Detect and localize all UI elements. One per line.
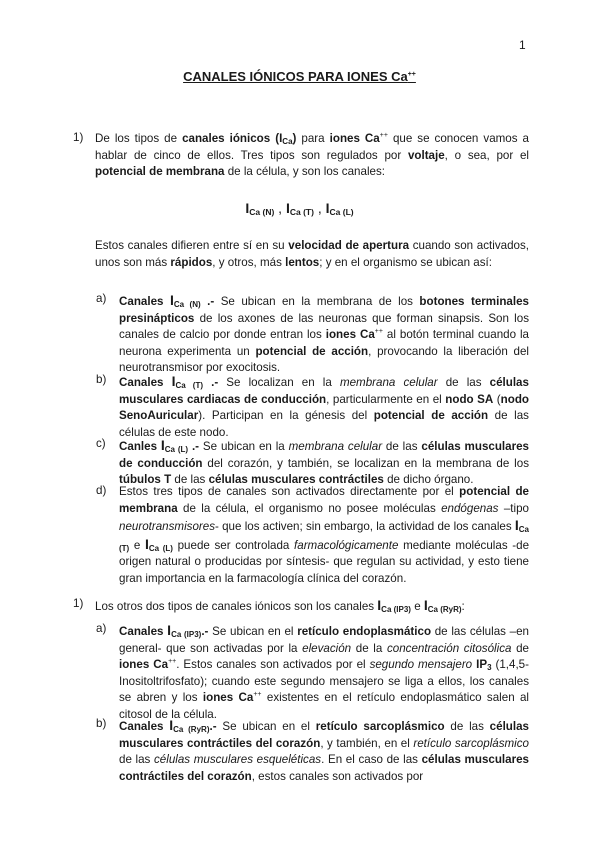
- item-voltage-activation: Estos tres tipos de canales son activado…: [119, 484, 529, 588]
- section2-marker: 1): [73, 597, 83, 610]
- item-ca-ryr-channels: Canales ICa (RyR).- Se ubican en el retí…: [119, 717, 529, 785]
- item-marker: c): [96, 437, 106, 450]
- item-ca-ip3-channels: Canales ICa (IP3).- Se ubican en el retí…: [119, 622, 529, 724]
- item-marker: b): [96, 717, 106, 730]
- title-superscript: ++: [408, 71, 416, 78]
- item-marker: a): [96, 292, 106, 305]
- section1-marker: 1): [73, 131, 83, 144]
- section1-intro: De los tipos de canales iónicos (ICa) pa…: [95, 131, 529, 181]
- calcium-channel-formula: ICa (N) , ICa (T) , ICa (L): [0, 200, 599, 216]
- item-marker: b): [96, 373, 106, 386]
- section2-intro: Los otros dos tipos de canales iónicos s…: [95, 597, 529, 616]
- item-ca-l-channels: Canles ICa (L) .- Se ubican en la membra…: [119, 437, 529, 489]
- item-marker: a): [96, 622, 106, 635]
- item-ca-n-channels: Canales ICa (N) .- Se ubican en la membr…: [119, 292, 529, 377]
- page-title: CANALES IÓNICOS PARA IONES Ca++: [0, 69, 599, 84]
- item-ca-t-channels: Canales ICa (T) .- Se localizan en la me…: [119, 373, 529, 441]
- page-number: 1: [519, 38, 526, 52]
- velocity-paragraph: Estos canales difieren entre sí en su ve…: [95, 238, 529, 271]
- item-marker: d): [96, 484, 106, 497]
